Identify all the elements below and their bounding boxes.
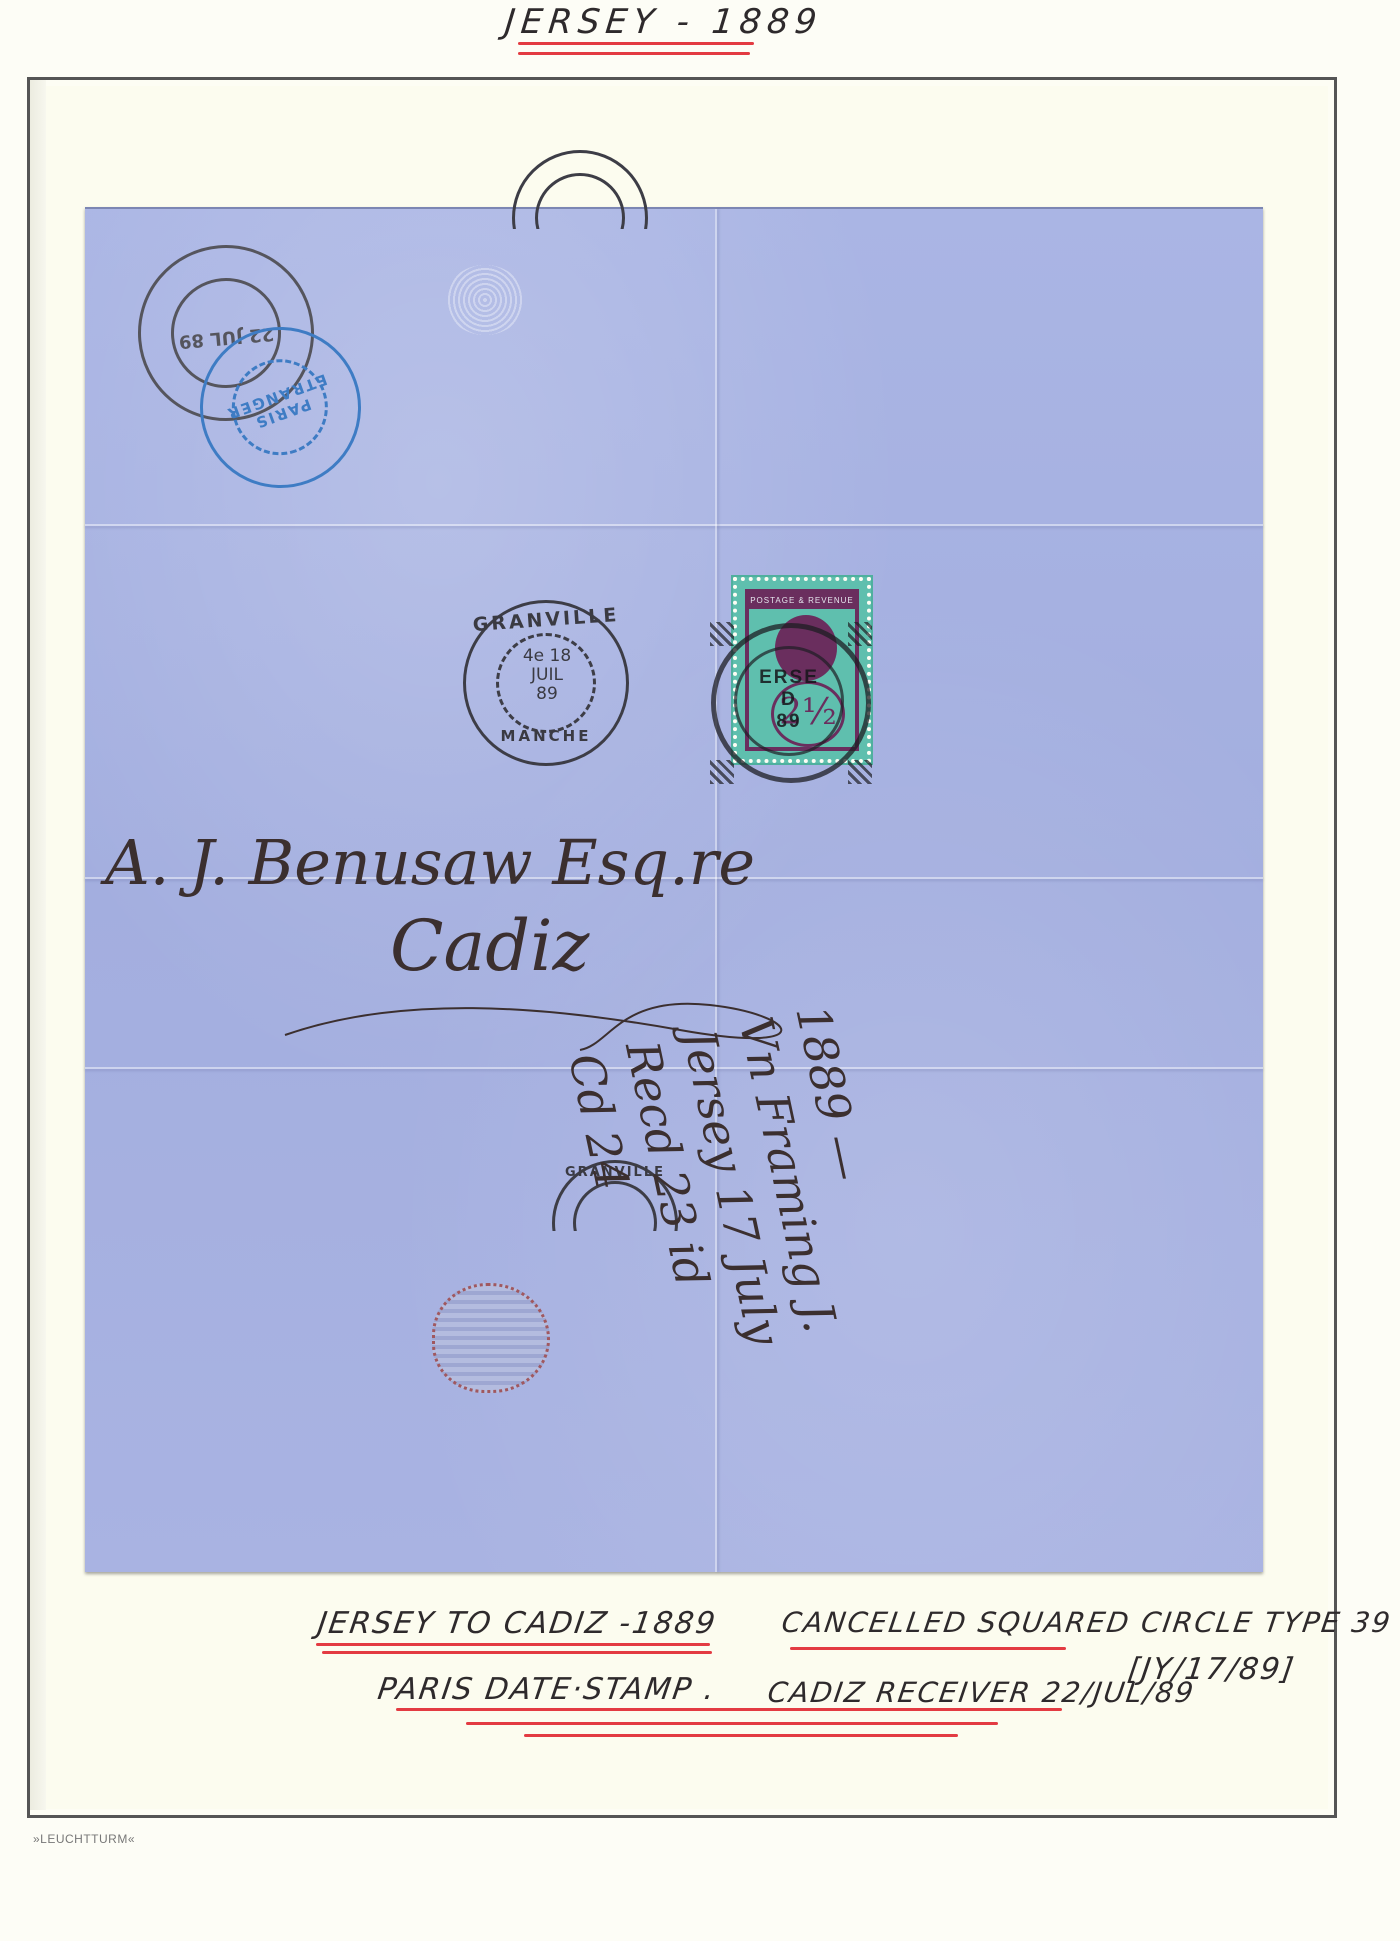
album-brand: »LEUCHTTURM« <box>33 1832 135 1846</box>
stamp-header: POSTAGE & REVENUE <box>749 593 855 609</box>
caption-underline <box>524 1734 958 1737</box>
postage-stamp: POSTAGE & REVENUE 2½ ERSE D 89 <box>733 577 871 763</box>
caption-cancellation: CANCELLED SQUARED CIRCLE TYPE 39 a <box>780 1606 1400 1639</box>
squared-circle-cancel: ERSE D 89 <box>711 623 871 783</box>
postmark-department: MANCHE <box>466 727 626 745</box>
frame-inner-edge <box>30 80 46 1810</box>
granville-postmark: GRANVILLE 4e 18 JUIL 89 MANCHE <box>463 600 629 766</box>
title-underline <box>518 52 750 55</box>
cancel-corner-bars <box>848 760 872 784</box>
cancel-text: ERSE D 89 <box>737 667 841 733</box>
caption-cadiz-receiver: CADIZ RECEIVER 22/JUL/89 <box>766 1676 1198 1709</box>
caption-underline <box>322 1651 712 1654</box>
caption-underline <box>466 1722 998 1725</box>
wax-seal <box>432 1283 550 1393</box>
fold-line <box>85 524 1263 526</box>
address-city: Cadiz <box>390 905 589 987</box>
cancel-inner-ring: ERSE D 89 <box>734 646 844 756</box>
caption-underline <box>396 1708 1062 1711</box>
postmark-date: 4e 18 JUIL 89 <box>502 647 592 704</box>
cancel-corner-bars <box>848 622 872 646</box>
page-title: JERSEY - 1889 <box>503 2 825 42</box>
cancel-corner-bars <box>710 622 734 646</box>
caption-paris-datestamp: PARIS DATE·STAMP . <box>376 1672 719 1707</box>
cancel-corner-bars <box>710 760 734 784</box>
caption-underline <box>790 1647 1066 1650</box>
title-underline <box>518 42 754 45</box>
address-recipient: A. J. Benusaw Esq.re <box>105 826 755 899</box>
caption-route: JERSEY TO CADIZ -1889 <box>316 1606 720 1641</box>
caption-underline <box>316 1643 710 1646</box>
embossed-mark <box>445 265 525 335</box>
